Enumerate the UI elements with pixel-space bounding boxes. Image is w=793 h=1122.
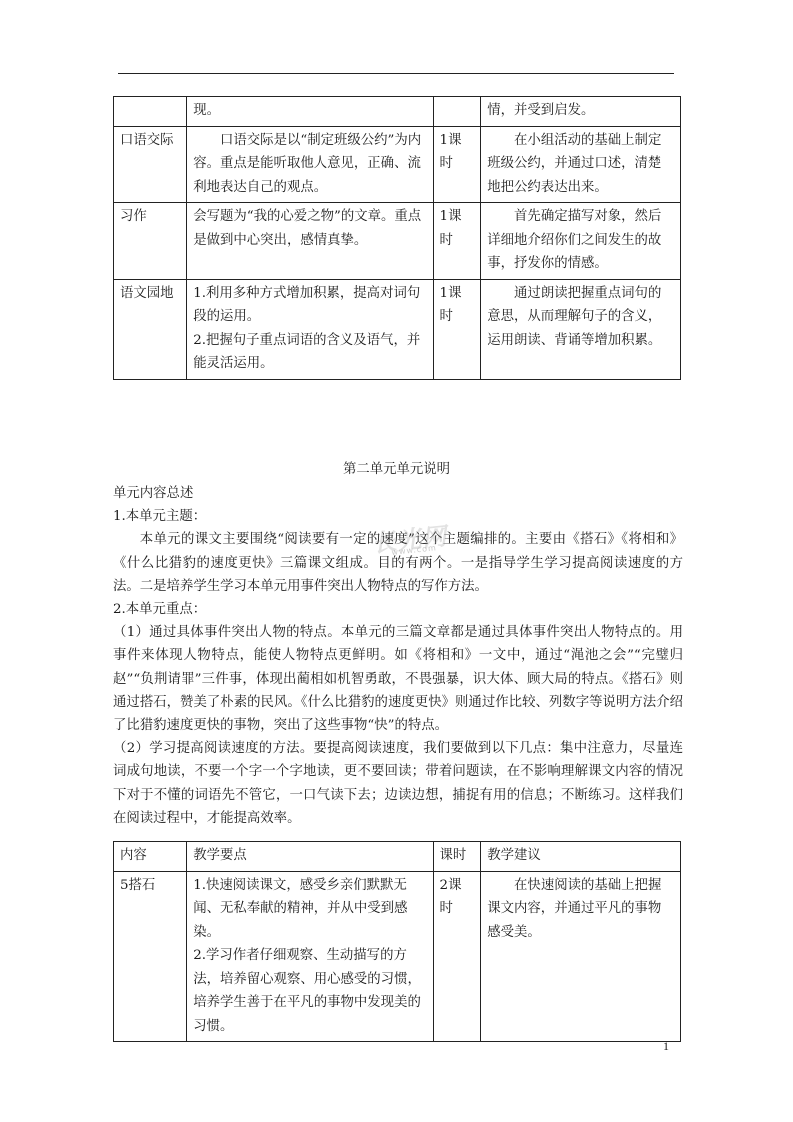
focus-heading: 2.本单元重点： xyxy=(113,598,683,621)
table-header-row: 内容 教学要点 课时 教学建议 xyxy=(114,842,681,872)
cell-advice: 通过朗读把握重点词句的意思，从而理解句子的含义，运用朗读、背诵等增加积累。 xyxy=(481,279,681,379)
lesson-plan-table-continued: 现。 情，并受到启发。 口语交际 口语交际是以“制定班级公约”为内容。重点是能听… xyxy=(113,96,681,380)
cell-hours: 1课时 xyxy=(433,203,481,280)
cell-content xyxy=(114,97,187,127)
focus-paragraph-1: （1）通过具体事件突出人物的特点。本单元的三篇文章都是通过具体事件突出人物特点的… xyxy=(113,621,683,737)
cell-advice: 情，并受到启发。 xyxy=(481,97,681,127)
header-points: 教学要点 xyxy=(187,842,433,872)
header-content: 内容 xyxy=(114,842,187,872)
theme-heading: 1.本单元主题： xyxy=(113,505,683,528)
cell-hours xyxy=(433,97,481,127)
cell-points: 现。 xyxy=(187,97,433,127)
cell-points: 会写题为“我的心爱之物”的文章。重点是做到中心突出，感情真挚。 xyxy=(187,203,433,280)
cell-hours: 1课时 xyxy=(433,279,481,379)
page-number: 1 xyxy=(663,1039,669,1054)
cell-advice: 首先确定描写对象，然后详细地介绍你们之间发生的故事，抒发你的情感。 xyxy=(481,203,681,280)
point-text: 口语交际是以“制定班级公约”为内容。重点是能听取他人意见，正确、流利地表达自己的… xyxy=(193,129,426,200)
section-body: 单元内容总述 1.本单元主题： 本单元的课文主要围绕“阅读要有一定的速度”这个主… xyxy=(113,482,683,830)
point-text: 1.利用多种方式增加积累，提高对词句段的运用。 xyxy=(193,282,426,329)
table-row: 现。 情，并受到启发。 xyxy=(114,97,681,127)
point-text: 现。 xyxy=(193,99,426,123)
focus-paragraph-2: （2）学习提高阅读速度的方法。要提高阅读速度，我们要做到以下几点：集中注意力，尽… xyxy=(113,737,683,830)
header-hours: 课时 xyxy=(433,842,481,872)
point-text: 会写题为“我的心爱之物”的文章。重点是做到中心突出，感情真挚。 xyxy=(193,205,426,252)
point-text: 2.把握句子重点词语的含义及语气，并能灵活运用。 xyxy=(193,329,426,376)
table-row: 习作 会写题为“我的心爱之物”的文章。重点是做到中心突出，感情真挚。 1课时 首… xyxy=(114,203,681,280)
cell-content: 口语交际 xyxy=(114,126,187,203)
point-text: 1.快速阅读课文，感受乡亲们默默无闻、无私奉献的精神，并从中受到感染。 xyxy=(193,874,426,945)
point-text: 2.学习作者仔细观察、生动描写的方法，培养留心观察、用心感受的习惯，培养学生善于… xyxy=(193,944,426,1038)
lesson-plan-table: 内容 教学要点 课时 教学建议 5搭石 1.快速阅读课文，感受乡亲们默默无闻、无… xyxy=(113,841,681,1042)
header-rule xyxy=(118,73,674,74)
section-subtitle: 单元内容总述 xyxy=(113,482,683,505)
cell-advice: 在小组活动的基础上制定班级公约，并通过口述，清楚地把公约表达出来。 xyxy=(481,126,681,203)
cell-hours: 1课时 xyxy=(433,126,481,203)
cell-content: 5搭石 xyxy=(114,871,187,1042)
header-advice: 教学建议 xyxy=(481,842,681,872)
section-title: 第二单元单元说明 xyxy=(0,459,793,481)
table-row: 语文园地 1.利用多种方式增加积累，提高对词句段的运用。 2.把握句子重点词语的… xyxy=(114,279,681,379)
cell-points: 1.利用多种方式增加积累，提高对词句段的运用。 2.把握句子重点词语的含义及语气… xyxy=(187,279,433,379)
table-row: 口语交际 口语交际是以“制定班级公约”为内容。重点是能听取他人意见，正确、流利地… xyxy=(114,126,681,203)
cell-hours: 2课时 xyxy=(433,871,481,1042)
theme-paragraph: 本单元的课文主要围绕“阅读要有一定的速度”这个主题编排的。主要由《搭石》《将相和… xyxy=(113,528,683,598)
table-row: 5搭石 1.快速阅读课文，感受乡亲们默默无闻、无私奉献的精神，并从中受到感染。 … xyxy=(114,871,681,1042)
cell-points: 1.快速阅读课文，感受乡亲们默默无闻、无私奉献的精神，并从中受到感染。 2.学习… xyxy=(187,871,433,1042)
cell-advice: 在快速阅读的基础上把握课文内容，并通过平凡的事物感受美。 xyxy=(481,871,681,1042)
cell-points: 口语交际是以“制定班级公约”为内容。重点是能听取他人意见，正确、流利地表达自己的… xyxy=(187,126,433,203)
cell-content: 语文园地 xyxy=(114,279,187,379)
cell-content: 习作 xyxy=(114,203,187,280)
